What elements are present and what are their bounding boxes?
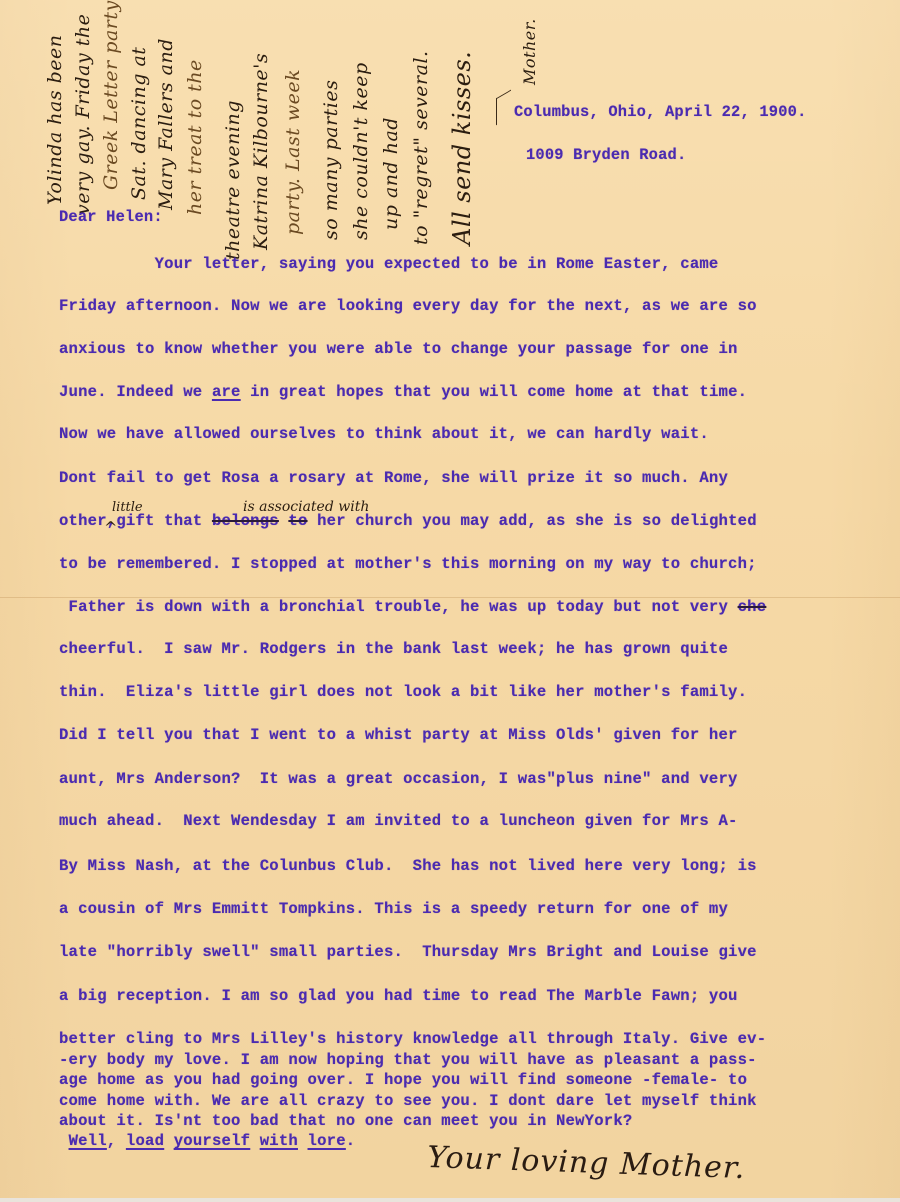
margin-note-line: All send kisses.	[448, 51, 476, 245]
place-date: Columbus, Ohio, April 22, 1900.	[514, 103, 807, 121]
body-line: Dont fail to get Rosa a rosary at Rome, …	[59, 469, 728, 487]
margin-note-line: her treat to the	[184, 59, 206, 215]
struck-word: che	[738, 598, 767, 616]
margin-note-line: up and had	[380, 117, 402, 230]
closing-line: better cling to Mrs Lilley's history kno…	[59, 1030, 766, 1048]
margin-note-line: to "regret" several.	[410, 50, 432, 245]
margin-note-line: she couldn't keep	[350, 62, 372, 240]
body-line: a big reception. I am so glad you had ti…	[59, 987, 738, 1005]
margin-note-line: Greek Letter party	[100, 0, 122, 190]
underlined-word: Well	[69, 1132, 107, 1150]
body-line: Did I tell you that I went to a whist pa…	[59, 726, 738, 744]
margin-note-line: Katrina Kilbourne's	[250, 53, 272, 250]
body-line: June. Indeed we are in great hopes that …	[59, 383, 747, 401]
punctuation	[250, 1132, 260, 1150]
closing-line: -ery body my love. I am now hoping that …	[59, 1051, 757, 1069]
underlined-word: with	[260, 1132, 298, 1150]
underlined-word: are	[212, 383, 241, 401]
body-line: Now we have allowed ourselves to think a…	[59, 425, 709, 443]
address: 1009 Bryden Road.	[526, 146, 686, 164]
interlinear-insert: little	[112, 500, 143, 515]
margin-note-line: so many parties	[320, 80, 342, 240]
body-line: Friday afternoon. Now we are looking eve…	[59, 297, 757, 315]
underlined-word: yourself	[174, 1132, 250, 1150]
body-line: Father is down with a bronchial trouble,…	[59, 598, 766, 616]
final-line: Well, load yourself with lore.	[59, 1132, 355, 1150]
body-line: Your letter, saying you expected to be i…	[59, 255, 719, 273]
margin-note-line: Sat. dancing at	[128, 47, 150, 200]
margin-note-line: Yolinda has been	[44, 35, 66, 206]
margin-note-line: Mother.	[520, 18, 539, 85]
margin-note-line: theatre evening	[222, 100, 244, 260]
body-line: other,gift that belongs to her church yo…	[59, 512, 757, 530]
margin-note-line: party. Last week	[282, 69, 304, 235]
punctuation	[298, 1132, 308, 1150]
closing-line: about it. Is'nt too bad that no one can …	[59, 1112, 632, 1130]
interlinear-replacement: is associated with	[243, 499, 369, 515]
body-line: to be remembered. I stopped at mother's …	[59, 555, 757, 573]
body-line: cheerful. I saw Mr. Rodgers in the bank …	[59, 640, 728, 658]
body-line: late "horribly swell" small parties. Thu…	[59, 943, 757, 961]
margin-note-line: Mary Fallers and	[155, 38, 177, 210]
salutation: Dear Helen:	[59, 208, 163, 226]
closing-line: age home as you had going over. I hope y…	[59, 1071, 747, 1089]
body-line: aunt, Mrs Anderson? It was a great occas…	[59, 770, 738, 788]
insert-caret: ^	[104, 518, 117, 537]
body-line: thin. Eliza's little girl does not look …	[59, 683, 747, 701]
body-line: By Miss Nash, at the Colunbus Club. She …	[59, 857, 757, 875]
body-line: anxious to know whether you were able to…	[59, 340, 738, 358]
closing-line: come home with. We are all crazy to see …	[59, 1092, 757, 1110]
margin-note-line: very gay. Friday the	[72, 14, 94, 215]
body-line: a cousin of Mrs Emmitt Tompkins. This is…	[59, 900, 728, 918]
body-line: much ahead. Next Wendesday I am invited …	[59, 812, 738, 830]
underlined-word: lore	[308, 1132, 346, 1150]
underlined-word: load	[126, 1132, 164, 1150]
punctuation: ,	[107, 1132, 126, 1150]
punctuation	[164, 1132, 174, 1150]
punctuation: .	[346, 1132, 356, 1150]
